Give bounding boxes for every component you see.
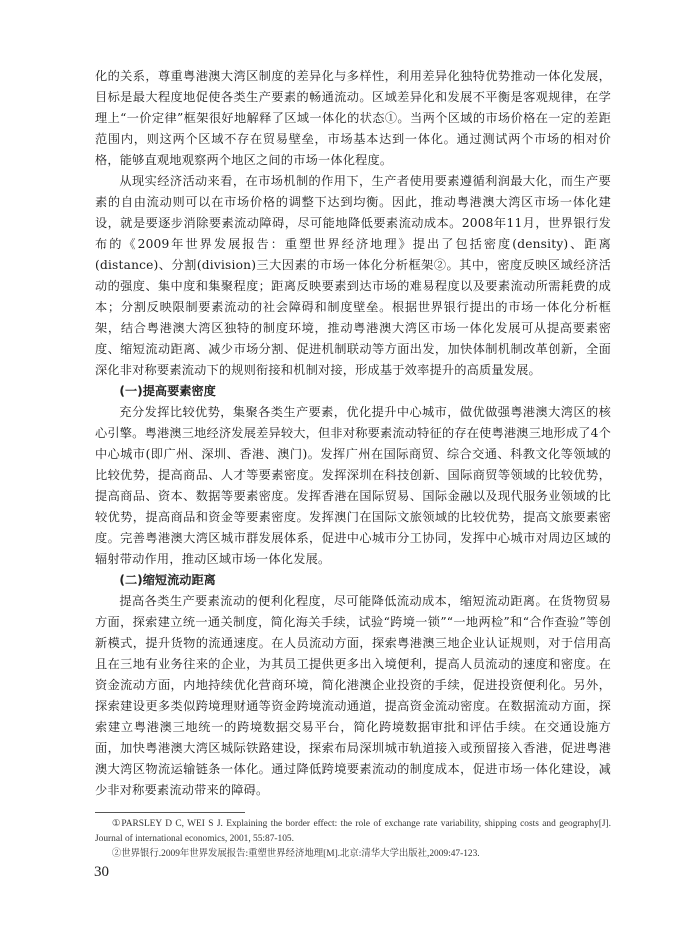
footnote-divider [95, 812, 245, 813]
footnotes: ①PARSLEY D C, WEI S J. Explaining the bo… [95, 817, 611, 862]
section-heading-2: (二)缩短流动距离 [95, 570, 611, 591]
section-2-paragraph: 提高各类生产要素流动的便利化程度，尽可能降低流动成本，缩短流动距离。在货物贸易方… [95, 591, 611, 801]
body-paragraph: 从现实经济活动来看，在市场机制的作用下，生产者使用要素遵循利润最大化，而生产要素… [95, 171, 611, 381]
page-number: 30 [94, 864, 109, 881]
footnote-1: ①PARSLEY D C, WEI S J. Explaining the bo… [95, 817, 611, 847]
section-1-paragraph: 充分发挥比较优势，集聚各类生产要素，优化提升中心城市，做优做强粤港澳大湾区的核心… [95, 402, 611, 570]
section-heading-1: (一)提高要素密度 [95, 381, 611, 402]
page-body: 化的关系，尊重粤港澳大湾区制度的差异化与多样性，利用差异化独特优势推动一体化发展… [95, 66, 611, 801]
footnote-2: ②世界银行.2009年世界发展报告:重塑世界经济地理[M].北京:清华大学出版社… [95, 847, 611, 862]
body-paragraph-continued: 化的关系，尊重粤港澳大湾区制度的差异化与多样性，利用差异化独特优势推动一体化发展… [95, 66, 611, 171]
